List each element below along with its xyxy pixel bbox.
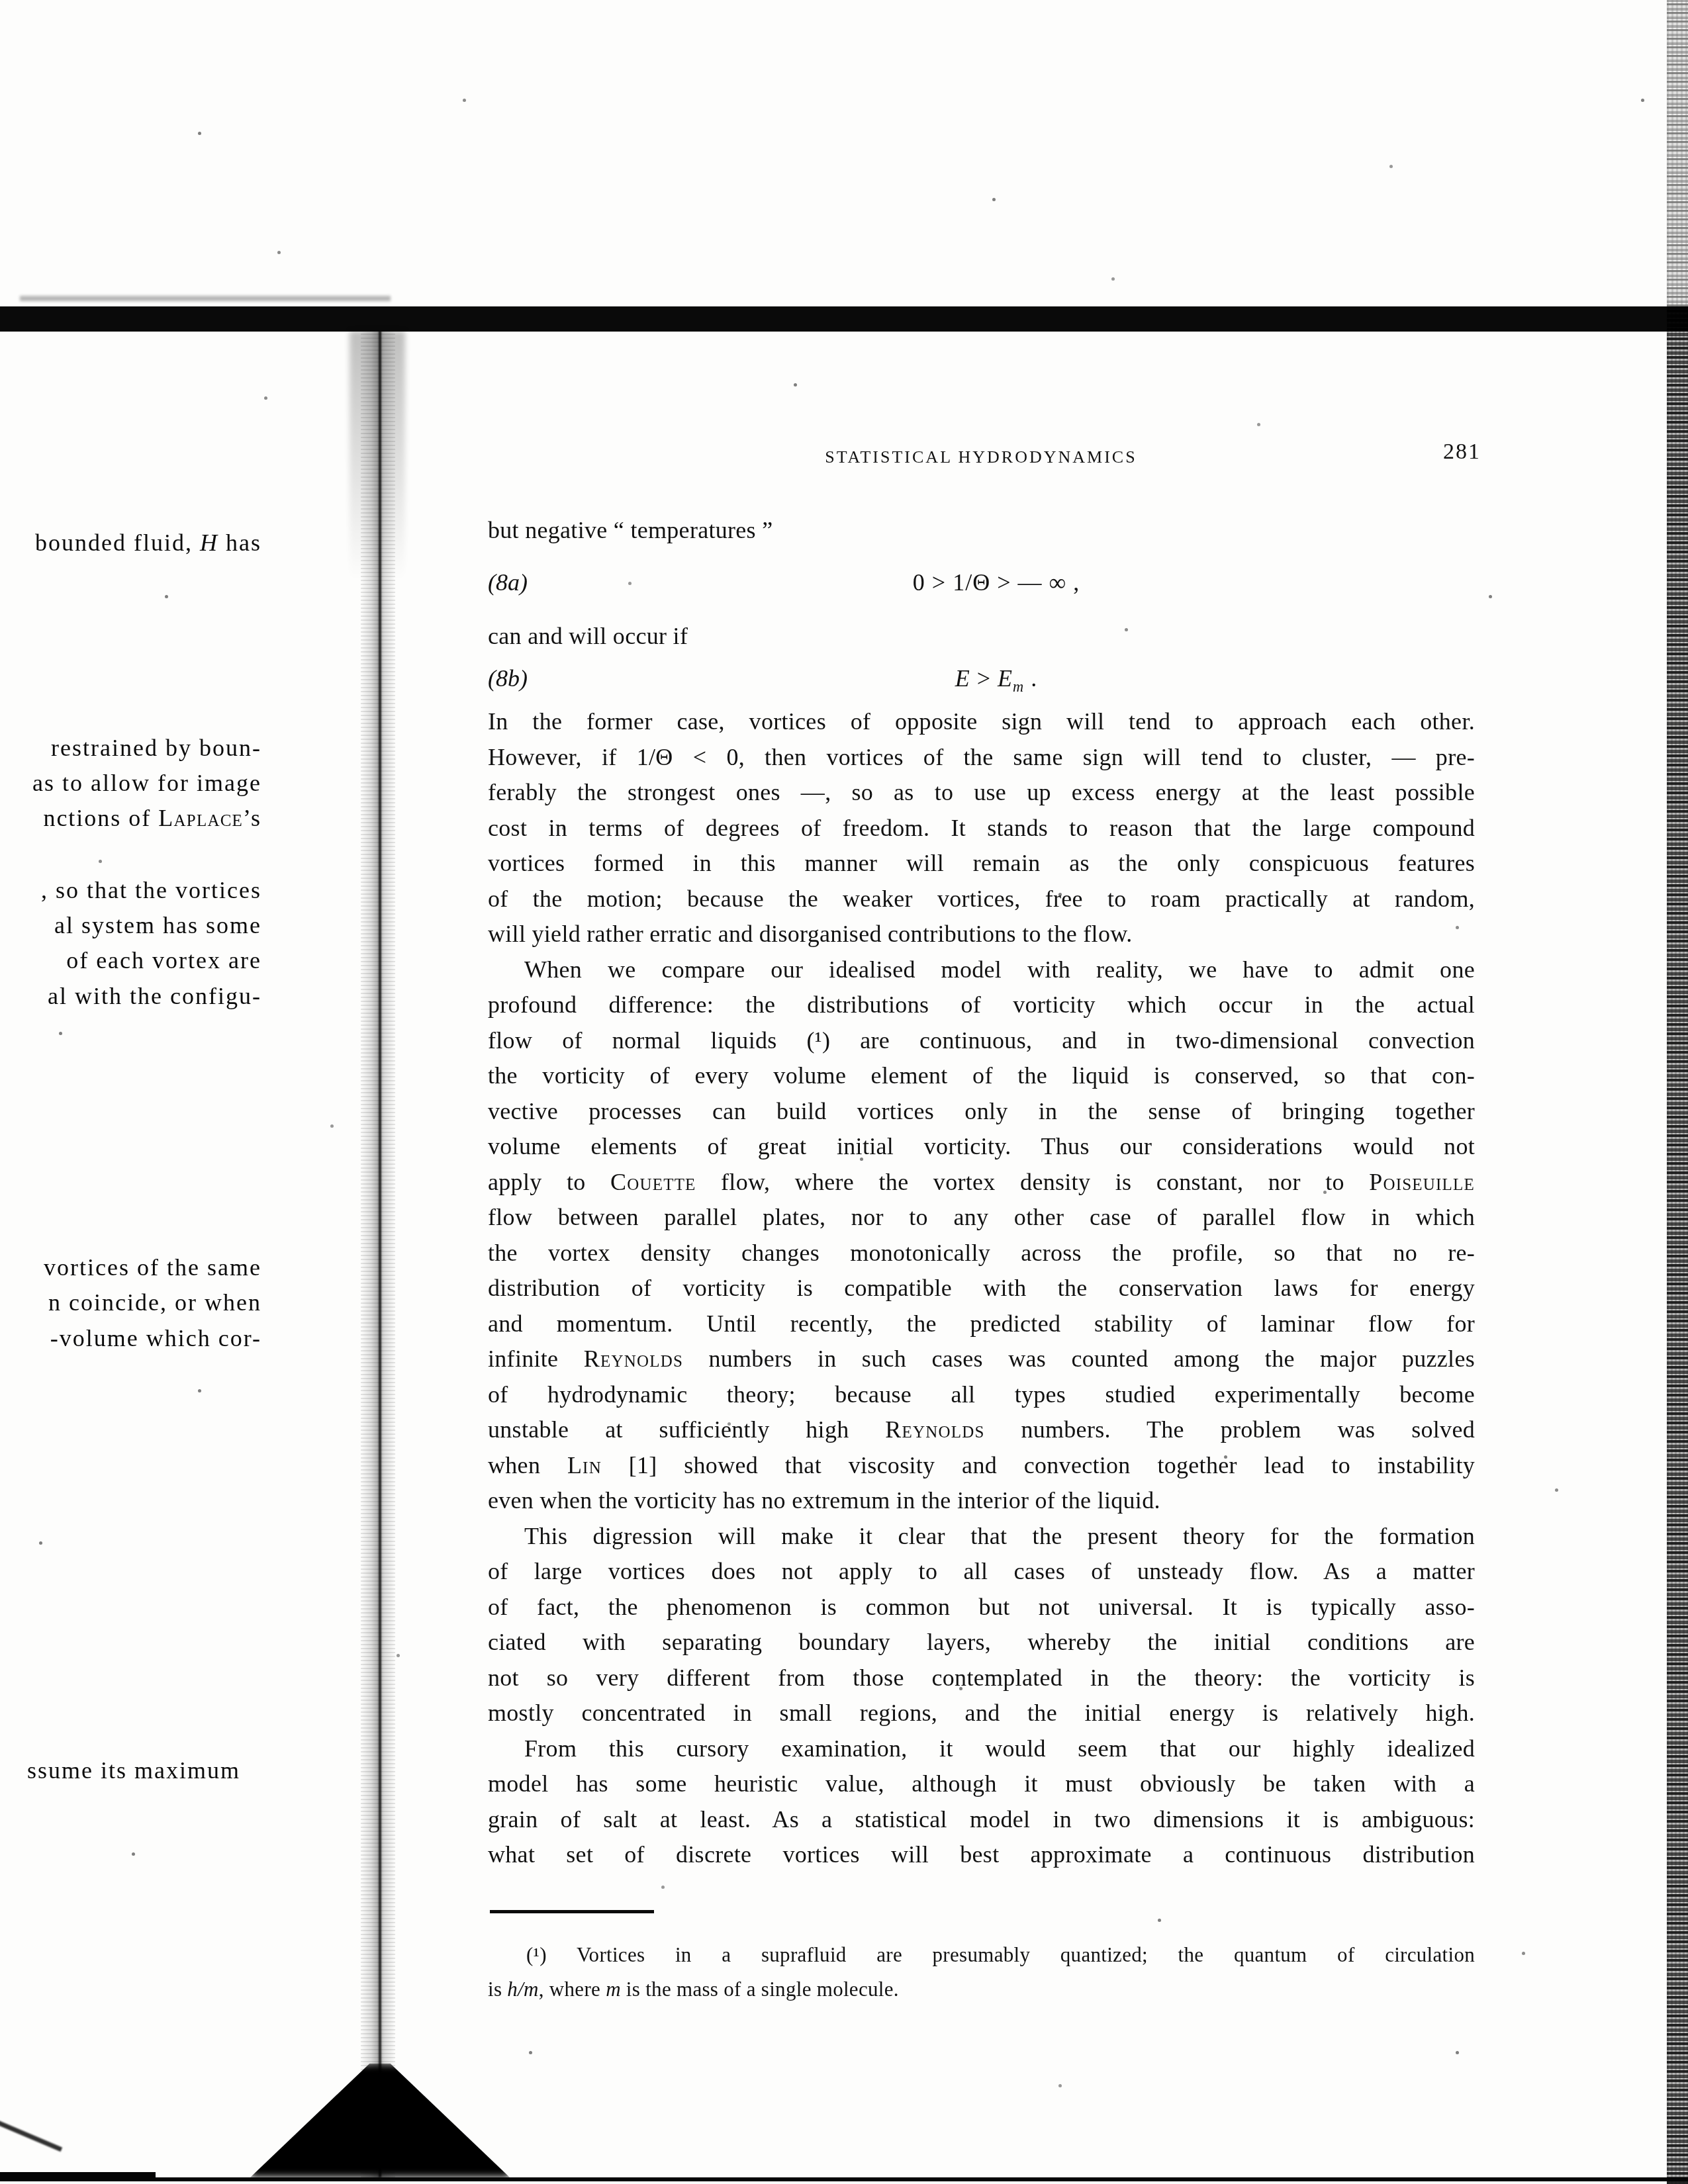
scan-edge-fuzz — [20, 296, 391, 301]
book-gutter-shadow — [361, 331, 395, 2177]
footnote-rule — [490, 1910, 654, 1913]
text-line: model has some heuristic value, although… — [488, 1766, 1475, 1802]
text-token: is — [488, 1978, 507, 2001]
body-text: In the former case, vortices of opposite… — [488, 704, 1475, 1873]
scanned-page: STATISTICAL HYDRODYNAMICS 281 but negati… — [0, 0, 1688, 2184]
math-token: m — [1013, 678, 1024, 695]
scan-right-edge-top — [1667, 0, 1688, 306]
smallcaps-name: Poiseuille — [1369, 1169, 1475, 1195]
equation-8a-expr: 0 > 1/Θ > — ∞ , — [530, 567, 1463, 598]
text-line: of fact, the phenomenon is common but no… — [488, 1590, 1475, 1625]
equation-8b-expr: E > Em . — [530, 662, 1463, 703]
running-header: STATISTICAL HYDRODYNAMICS — [488, 447, 1474, 467]
text-line: and momentum. Until recently, the predic… — [488, 1306, 1475, 1342]
text-line: cost in terms of degrees of freedom. It … — [488, 811, 1475, 846]
smallcaps-name: Couette — [610, 1169, 696, 1195]
left-page-fragment-line: nctions of Laplace’s — [0, 803, 261, 833]
text-line: not so very different from those contemp… — [488, 1661, 1475, 1696]
scan-noise-specks — [0, 0, 2, 2]
smallcaps-name: Lin — [567, 1452, 602, 1479]
text-line: When we compare our idealised model with… — [488, 952, 1475, 988]
page-bottom-edge-line — [0, 2177, 1688, 2181]
equation-8b-label: (8b) — [488, 662, 528, 694]
text-line: of large vortices does not apply to all … — [488, 1554, 1475, 1590]
text-line: This digression will make it clear that … — [488, 1519, 1475, 1555]
bottom-left-streak — [0, 2120, 62, 2152]
text-line: of hydrodynamic theory; because all type… — [488, 1377, 1475, 1413]
math-token: H — [200, 529, 218, 556]
text-token: has — [218, 529, 261, 556]
text-line: even when the vorticity has no extremum … — [488, 1483, 1475, 1519]
book-gutter-line — [379, 331, 381, 2177]
text-line: profound difference: the distributions o… — [488, 987, 1475, 1023]
book-gutter-fuzz — [350, 331, 405, 582]
smallcaps-name: Laplace — [158, 805, 243, 831]
page-bottom-edge-left — [0, 2172, 156, 2180]
left-page-fragment-line: , so that the vortices — [0, 875, 261, 905]
text-line: unstable at sufficiently high Reynolds n… — [488, 1412, 1475, 1448]
left-page-fragment-line: -volume which cor- — [0, 1323, 261, 1353]
text-line: will yield rather erratic and disorganis… — [488, 917, 1475, 952]
between-line: can and will occur if — [488, 621, 1474, 651]
left-page-fragment-line: of each vortex are — [0, 945, 261, 976]
text-line: the vorticity of every volume element of… — [488, 1058, 1475, 1094]
text-token: . — [1024, 665, 1037, 692]
left-page-fragment-line: ssume its maximum — [0, 1755, 240, 1786]
left-page-fragment-line: vortices of the same — [0, 1252, 261, 1283]
math-token: E — [955, 665, 970, 692]
smallcaps-name: Reynolds — [584, 1345, 683, 1372]
text-line: infinite Reynolds numbers in such cases … — [488, 1342, 1475, 1377]
text-token: bounded fluid, — [35, 529, 200, 556]
left-page-fragment-line: bounded fluid, H has — [0, 527, 261, 558]
text-line: flow of normal liquids (¹) are continuou… — [488, 1023, 1475, 1059]
smallcaps-name: Reynolds — [885, 1416, 984, 1443]
text-line: In the former case, vortices of opposite… — [488, 704, 1475, 740]
text-token: > — [970, 665, 998, 692]
text-line: flow between parallel plates, nor to any… — [488, 1200, 1475, 1236]
book-gutter-bottom-blob — [250, 2064, 510, 2177]
text-line: grain of salt at least. As a statistical… — [488, 1802, 1475, 1838]
text-line: vortices formed in this manner will rema… — [488, 846, 1475, 882]
text-line: when Lin [1] showed that viscosity and c… — [488, 1448, 1475, 1484]
text-line: However, if 1/Θ < 0, then vortices of th… — [488, 740, 1475, 776]
text-line: volume elements of great initial vortici… — [488, 1129, 1475, 1165]
left-page-fragment-line: as to allow for image — [0, 768, 261, 798]
math-token: h/m — [507, 1978, 538, 2001]
left-page-fragment-line: restrained by boun- — [0, 733, 261, 763]
text-line: mostly concentrated in small regions, an… — [488, 1696, 1475, 1731]
footnote: (¹) Vortices in a suprafluid are presuma… — [488, 1938, 1475, 2007]
left-page-fragment-line: n coincide, or when — [0, 1287, 261, 1318]
text-line: ciated with separating boundary layers, … — [488, 1625, 1475, 1661]
text-line: of the motion; because the weaker vortic… — [488, 882, 1475, 917]
text-line: is h/m, where m is the mass of a single … — [488, 1972, 1475, 2007]
text-line: From this cursory examination, it would … — [488, 1731, 1475, 1767]
text-line: apply to Couette flow, where the vortex … — [488, 1165, 1475, 1201]
text-line: (¹) Vortices in a suprafluid are presuma… — [488, 1938, 1475, 1972]
text-line: ferably the strongest ones —, so as to u… — [488, 775, 1475, 811]
text-line: the vortex density changes monotonically… — [488, 1236, 1475, 1271]
math-token: E — [998, 665, 1013, 692]
scan-right-edge-bottom — [1667, 306, 1688, 2184]
left-page-fragment-line: al system has some — [0, 910, 261, 940]
text-line: what set of discrete vortices will best … — [488, 1837, 1475, 1873]
page-number: 281 — [1443, 439, 1481, 465]
intro-line: but negative “ temperatures ” — [488, 515, 1474, 545]
math-token: m — [606, 1978, 621, 2001]
text-line: vective processes can build vortices onl… — [488, 1094, 1475, 1130]
text-line: distribution of vorticity is compatible … — [488, 1271, 1475, 1306]
page-top-edge-band — [0, 306, 1688, 332]
text-token: is the mass of a single molecule. — [621, 1978, 899, 2001]
equation-8a-label: (8a) — [488, 567, 528, 598]
left-page-fragment-line: al with the configu- — [0, 981, 261, 1011]
text-token: , where — [539, 1978, 606, 2001]
